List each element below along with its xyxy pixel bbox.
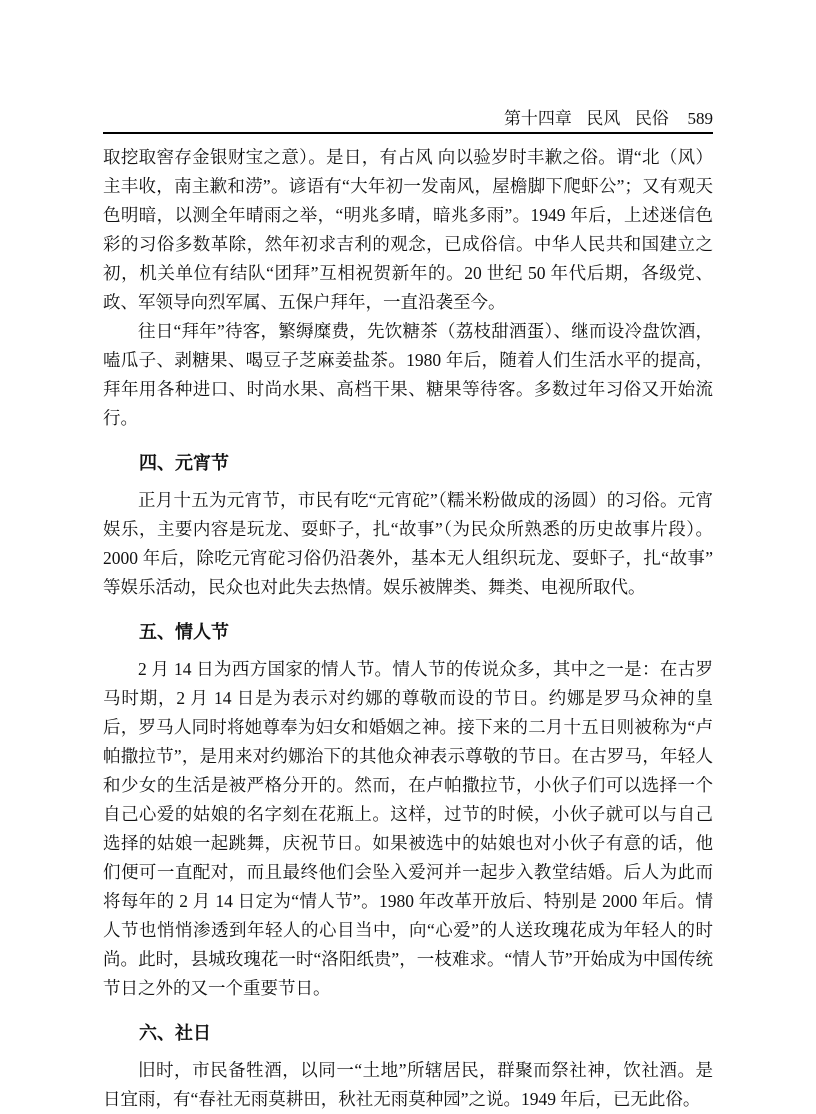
running-header: 第十四章民风民俗589 — [103, 108, 713, 129]
paragraph-sheri: 旧时，市民备牲酒，以同一“土地”所辖居民，群聚而祭社神，饮社酒。是日宜雨，有“春… — [103, 1056, 713, 1114]
section-heading-sheri: 六、社日 — [103, 1019, 713, 1048]
header-rule — [103, 132, 713, 134]
paragraph-yuanxiaojie: 正月十五为元宵节，市民有吃“元宵砣”（糯米粉做成的汤圆）的习俗。元宵娱乐，主要内… — [103, 486, 713, 602]
page-number: 589 — [688, 109, 714, 128]
chapter-title: 第十四章 — [504, 109, 572, 128]
book-page: 第十四章民风民俗589 取挖取窖存金银财宝之意）。是日，有占风 向以验岁时丰歉之… — [0, 0, 816, 1099]
paragraph-newyear-continuation: 取挖取窖存金银财宝之意）。是日，有占风 向以验岁时丰歉之俗。谓“北（风）主丰收，… — [103, 143, 713, 317]
paragraph-newyear-bainian: 往日“拜年”待客，繁缛糜费，先饮糖茶（荔枝甜酒蛋）、继而设冷盘饮酒，嗑瓜子、剥糖… — [103, 317, 713, 433]
header-topic-2: 民俗 — [635, 109, 669, 128]
page-body: 取挖取窖存金银财宝之意）。是日，有占风 向以验岁时丰歉之俗。谓“北（风）主丰收，… — [103, 143, 713, 1114]
paragraph-qingrenjie: 2 月 14 日为西方国家的情人节。情人节的传说众多，其中之一是：在古罗马时期，… — [103, 655, 713, 1003]
header-topic-1: 民风 — [586, 109, 620, 128]
section-heading-qingrenjie: 五、情人节 — [103, 618, 713, 647]
section-heading-yuanxiaojie: 四、元宵节 — [103, 449, 713, 478]
